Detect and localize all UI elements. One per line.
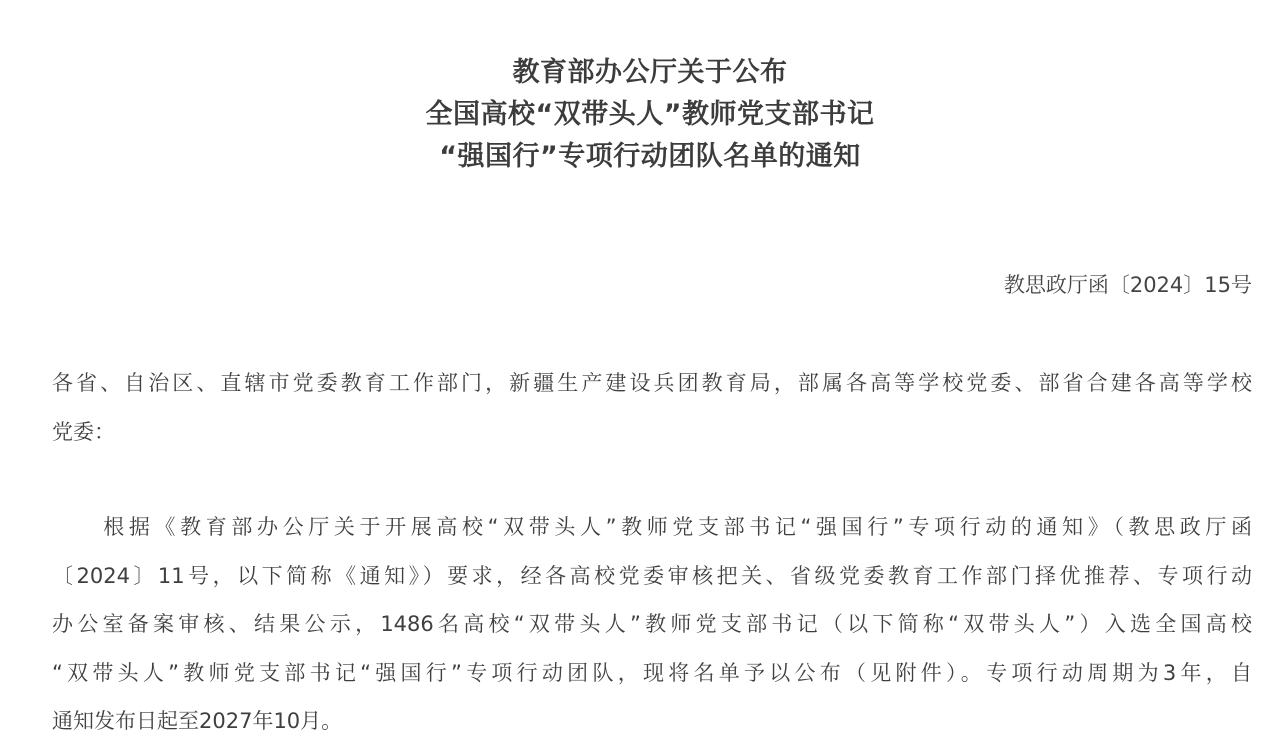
title-line-1: 教育部办公厅关于公布 bbox=[0, 52, 1288, 94]
body-line-1: 根据《教育部办公厅关于开展高校“双带头人”教师党支部书记“强国行”专项行动的通知… bbox=[52, 503, 1252, 552]
document-title: 教育部办公厅关于公布 全国高校“双带头人”教师党支部书记 “强国行”专项行动团队… bbox=[0, 52, 1288, 178]
title-line-2: 全国高校“双带头人”教师党支部书记 bbox=[0, 94, 1288, 136]
document-number: 教思政厅函〔2024〕15号 bbox=[1004, 268, 1252, 302]
body-line-3: 办公室备案审核、结果公示，1486名高校“双带头人”教师党支部书记（以下简称“双… bbox=[52, 600, 1252, 649]
title-line-3: “强国行”专项行动团队名单的通知 bbox=[0, 136, 1288, 178]
addressee-line-2: 党委： bbox=[52, 408, 1252, 457]
body-line-2: 〔2024〕11号，以下简称《通知》）要求，经各高校党委审核把关、省级党委教育工… bbox=[52, 552, 1252, 601]
body-line-5: 通知发布日起至2027年10月。 bbox=[52, 697, 1252, 746]
body-line-4: “双带头人”教师党支部书记“强国行”专项行动团队，现将名单予以公布（见附件）。专… bbox=[52, 649, 1252, 698]
addressee-line-1: 各省、自治区、直辖市党委教育工作部门，新疆生产建设兵团教育局，部属各高等学校党委… bbox=[52, 359, 1252, 408]
body-paragraph: 根据《教育部办公厅关于开展高校“双带头人”教师党支部书记“强国行”专项行动的通知… bbox=[52, 503, 1252, 746]
addressee-paragraph: 各省、自治区、直辖市党委教育工作部门，新疆生产建设兵团教育局，部属各高等学校党委… bbox=[52, 359, 1252, 456]
